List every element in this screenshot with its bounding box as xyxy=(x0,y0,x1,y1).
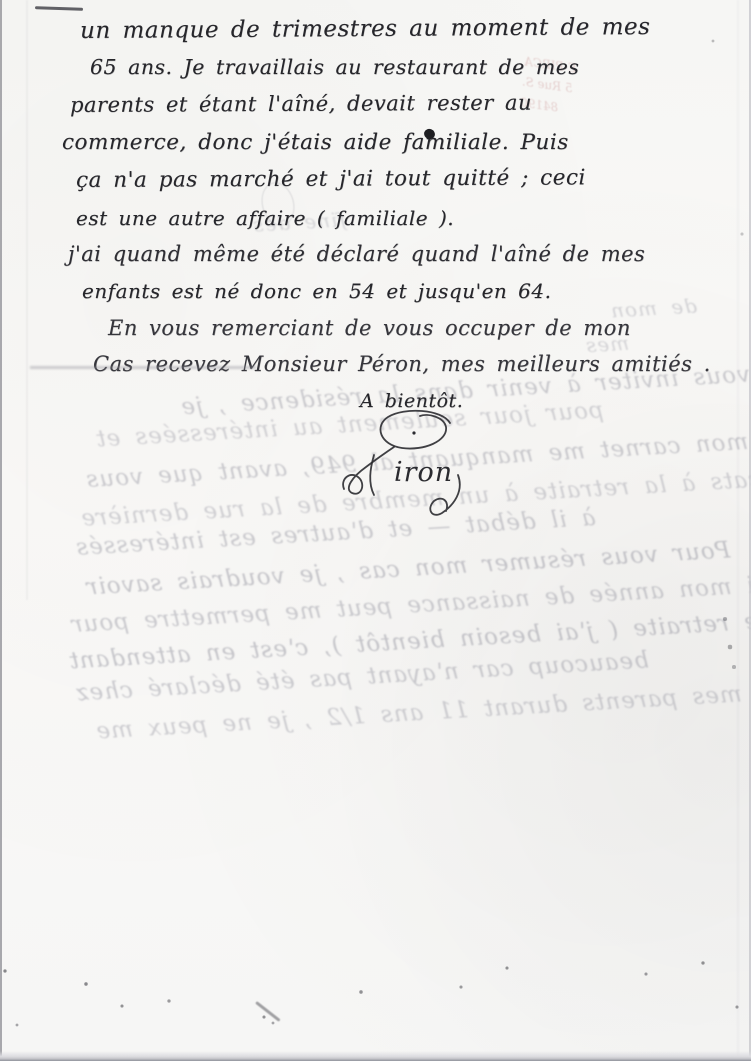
signature: iron xyxy=(330,403,480,528)
handwritten-line: ça n'a pas marché et j'ai tout quitté ; … xyxy=(76,165,586,193)
handwritten-line: parents et étant l'aîné, devait rester a… xyxy=(70,91,532,117)
handwritten-line: un manque de trimestres au moment de mes xyxy=(80,14,650,44)
pen-mark xyxy=(35,6,83,11)
fold-crease-right xyxy=(737,0,739,1061)
page-edge-bottom xyxy=(0,1051,751,1061)
handwritten-line: j'ai quand même été déclaré quand l'aîné… xyxy=(68,242,645,266)
smudge-mark xyxy=(255,1001,280,1021)
signature-text: iron xyxy=(394,457,453,488)
handwritten-line: commerce, donc j'étais aide familiale. P… xyxy=(62,130,569,155)
handwritten-line: 65 ans. Je travaillais au restaurant de … xyxy=(90,55,579,79)
page-edge-left xyxy=(0,0,2,1061)
handwritten-line: enfants est né donc en 54 et jusqu'en 64… xyxy=(82,279,551,303)
fold-crease xyxy=(26,0,28,600)
signature-dot xyxy=(412,431,415,434)
scan-streak xyxy=(30,366,256,369)
handwritten-line: Cas recevez Monsieur Péron, mes meilleur… xyxy=(93,352,711,376)
scanned-letter-page: fine des de mon mes vous inviter à venir… xyxy=(0,0,751,1061)
signature-capital-flourish xyxy=(343,447,394,494)
signature-oval-flourish xyxy=(380,411,450,449)
handwritten-line: En vous remerciant de vous occuper de mo… xyxy=(108,316,631,340)
